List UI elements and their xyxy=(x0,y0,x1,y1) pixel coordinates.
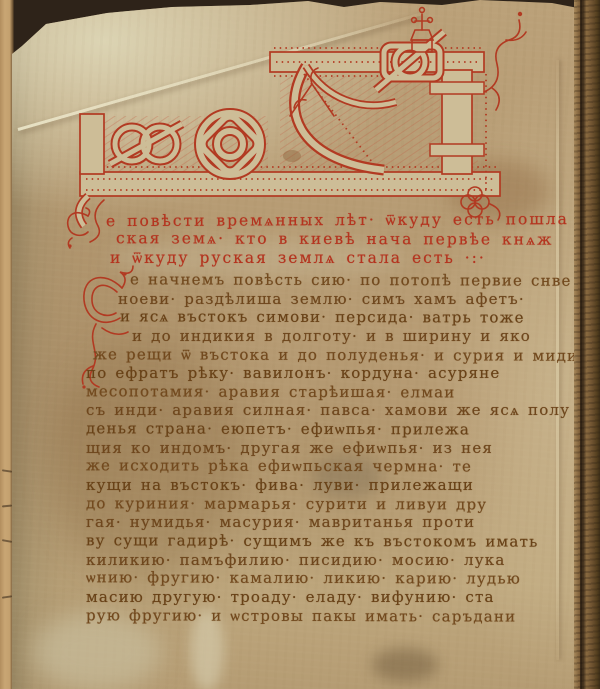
text-line: денья страна· еюпетъ· ефиѡпья· прилежа xyxy=(86,419,589,439)
text-line: по ефратъ рѣку· вавилонъ· кордуна· асуря… xyxy=(86,364,589,383)
text-line: киликию· памъфилию· писидию· мосию· лука xyxy=(86,551,589,570)
page-stack-edge xyxy=(574,0,600,689)
text-line: съ инди· аравия силная· павса· хамови же… xyxy=(86,401,589,420)
chronicle-text: е начнемъ повѣсть сию· по потопѣ первие … xyxy=(86,271,589,625)
text-line: ву сущи гадирѣ· сущимъ же къ въстокомъ и… xyxy=(86,531,589,551)
text-line: ноеви· раздѣлиша землю· симъ хамъ афетъ· xyxy=(118,290,589,309)
rubric-title: е повѣсти времѧнных лѣт· ѿкуду есть пошл… xyxy=(86,211,600,267)
text-line: до куриния· мармарья· сурити и ливуи дру xyxy=(86,494,589,514)
text-line: щия ко индомъ· другая же ефиѡпья· из нея xyxy=(86,439,589,458)
text-line: е начнемъ повѣсть сию· по потопѣ первие … xyxy=(130,270,589,290)
title-line: е повѣсти времѧнных лѣт· ѿкуду есть пошл… xyxy=(106,210,600,231)
text-line: гая· нумидья· масурия· мавританья проти xyxy=(86,513,589,532)
text-line: же рещи ѿ въстока и до полуденья· и сури… xyxy=(93,345,589,365)
binding-crack xyxy=(2,504,12,507)
text-line: и ясѧ въстокъ симови· персида· ватрь тож… xyxy=(120,308,589,328)
manuscript-page: е повѣсти времѧнных лѣт· ѿкуду есть пошл… xyxy=(12,0,578,689)
text-line: месопотамия· аравия старѣишая· елмаи xyxy=(86,382,589,402)
text-line: ѡнию· фругию· камалию· ликию· карию· луд… xyxy=(86,568,589,588)
text-line: и до индикия в долготу· и в ширину и яко xyxy=(132,327,589,346)
title-line: ская земѧ· кто в киевѣ нача первѣе кнѧж xyxy=(116,229,600,249)
text-line: же исходить рѣка ефиѡпьская чермна· те xyxy=(86,457,589,477)
manuscript-photo: е повѣсти времѧнных лѣт· ѿкуду есть пошл… xyxy=(0,0,600,689)
binding-crack xyxy=(2,595,12,598)
headpiece-ornament xyxy=(54,4,534,220)
text-line: рую фругию· и ѡстровы пакы имать· саръда… xyxy=(86,606,589,626)
text-line: кущи на въстокъ· фива· луви· прилежащи xyxy=(86,476,589,495)
binding-crack xyxy=(2,469,12,472)
page-edge-ridge xyxy=(580,0,582,689)
binding-crack xyxy=(2,539,12,543)
text-line: масию другую· троаду· еладу· вифунию· ст… xyxy=(86,588,589,607)
stain-patch xyxy=(372,648,438,682)
title-line: и ѿкуду руская землѧ стала есть ·:· xyxy=(110,249,600,268)
book-binding-edge xyxy=(0,0,14,689)
